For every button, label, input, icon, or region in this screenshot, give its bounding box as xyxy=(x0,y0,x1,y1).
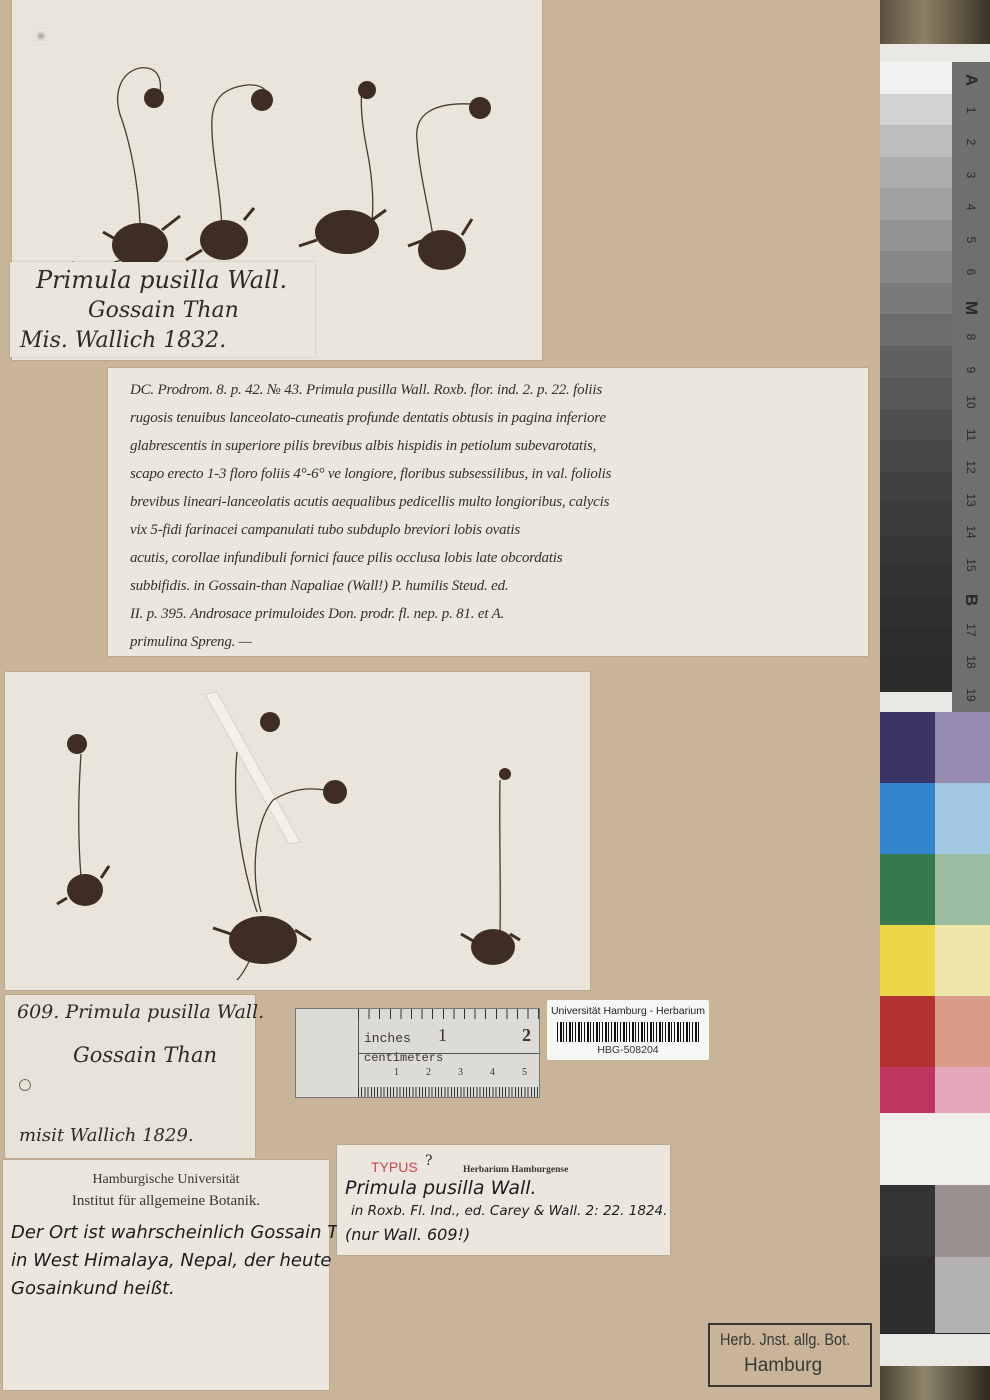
herbarium-name: Herbarium Hamburgense xyxy=(463,1165,568,1175)
gray-patch xyxy=(880,440,952,472)
description-line: vix 5-fidi farinacei campanulati tubo su… xyxy=(130,522,520,539)
gray-patch xyxy=(880,346,952,378)
label-collector: misit Wallich 1829. xyxy=(19,1125,194,1146)
gray-patch xyxy=(880,409,952,441)
ruler-cm-mark: 1 xyxy=(394,1067,399,1078)
ruler-cm-mark: 2 xyxy=(426,1067,431,1078)
stamp-line-1: Herb. Jnst. allg. Bot. xyxy=(720,1330,850,1350)
description-line: II. p. 395. Androsace primuloides Don. p… xyxy=(130,606,504,623)
stain-spot xyxy=(38,33,44,39)
gray-patch xyxy=(880,188,952,220)
ruler-inch-mark: 2 xyxy=(522,1025,531,1046)
color-swatch xyxy=(935,1113,990,1186)
color-swatch xyxy=(880,1257,936,1334)
color-swatch xyxy=(880,1113,936,1186)
label-taxon-name: 609. Primula pusilla Wall. xyxy=(17,1001,264,1023)
stamp-line-2: Hamburg xyxy=(744,1355,822,1377)
color-swatch xyxy=(935,783,990,855)
color-swatch xyxy=(935,925,990,997)
gray-patch xyxy=(880,314,952,346)
institute-note-line: Der Ort ist wahrscheinlich Gossain Than xyxy=(11,1222,372,1243)
gray-patch xyxy=(880,125,952,157)
color-calibration-card: A123456M89101112131415B171819 xyxy=(880,44,990,1366)
gray-patch xyxy=(880,598,952,630)
description-line: subbifidis. in Gossain-than Napaliae (Wa… xyxy=(130,578,508,595)
gray-patch xyxy=(880,472,952,504)
barcode-institution: Universität Hamburg - Herbarium xyxy=(547,1005,709,1017)
description-line: rugosis tenuibus lanceolato-cuneatis pro… xyxy=(130,410,606,427)
typus-query: ? xyxy=(425,1153,433,1169)
description-line: glabrescentis in superiore pilis brevibu… xyxy=(130,438,596,455)
type-determination-label: TYPUS ? Herbarium Hamburgense Primula pu… xyxy=(337,1145,670,1255)
scale-ruler: inches 1 2 centimeters 1 2 3 4 5 xyxy=(295,1008,540,1098)
gray-scale-label: 15 xyxy=(964,546,978,584)
type-taxon-name: Primula pusilla Wall. xyxy=(345,1177,537,1199)
gray-patch xyxy=(880,566,952,598)
lower-specimen-paper xyxy=(5,672,590,990)
color-swatch xyxy=(880,712,936,784)
pin-mark xyxy=(19,1079,31,1091)
sheet-background-edge-bottom xyxy=(880,1366,990,1400)
ruler-inch-mark: 1 xyxy=(438,1025,447,1046)
ruler-cm-mark: 5 xyxy=(522,1067,527,1078)
plant-specimens-lower xyxy=(5,672,590,990)
gray-patch xyxy=(880,661,952,693)
label-taxon-name: Primula pusilla Wall. xyxy=(36,266,287,294)
gray-patch xyxy=(880,251,952,283)
color-swatch xyxy=(880,1185,936,1258)
type-citation: in Roxb. Fl. Ind., ed. Carey & Wall. 2: … xyxy=(351,1203,667,1219)
color-swatch xyxy=(880,854,936,926)
barcode-label: Universität Hamburg - Herbarium HBG-5082… xyxy=(547,1000,709,1060)
ruler-cm-label: centimeters xyxy=(364,1051,443,1065)
sheet-background-edge-top xyxy=(880,0,990,44)
color-swatch xyxy=(935,1185,990,1258)
top-collector-label: Primula pusilla Wall. Gossain Than Mis. … xyxy=(10,262,315,357)
label-collector: Mis. Wallich 1832. xyxy=(20,328,226,353)
color-swatch xyxy=(935,996,990,1068)
description-line: scapo erecto 1-3 floro foliis 4°-6° ve l… xyxy=(130,466,611,483)
description-line: DC. Prodrom. 8. p. 42. № 43. Primula pus… xyxy=(130,382,602,399)
gray-patch xyxy=(880,157,952,189)
barcode-id: HBG-508204 xyxy=(547,1044,709,1056)
gray-patch xyxy=(880,94,952,126)
ruler-cm-mark: 4 xyxy=(490,1067,495,1078)
gray-patch xyxy=(880,535,952,567)
description-label: DC. Prodrom. 8. p. 42. № 43. Primula pus… xyxy=(108,368,868,656)
institute-header-university: Hamburgische Universität xyxy=(3,1172,329,1188)
color-swatch xyxy=(880,996,936,1068)
gray-patch xyxy=(880,220,952,252)
cm-ticks xyxy=(358,1087,539,1097)
gray-patch xyxy=(880,629,952,661)
color-swatch xyxy=(935,1067,990,1114)
color-swatch xyxy=(880,925,936,997)
label-locality: Gossain Than xyxy=(88,298,239,323)
ruler-cm-mark: 3 xyxy=(458,1067,463,1078)
ruler-inches-label: inches xyxy=(364,1031,411,1046)
type-note: (nur Wall. 609!) xyxy=(345,1225,470,1244)
herbarium-stamp: Herb. Jnst. allg. Bot. Hamburg xyxy=(708,1323,872,1387)
description-line: brevibus lineari-lanceolatis acutis aequ… xyxy=(130,494,609,511)
color-swatch xyxy=(935,854,990,926)
gray-patch xyxy=(880,62,952,94)
institute-note-line: in West Himalaya, Nepal, der heute xyxy=(11,1250,332,1271)
ruler-blank-area xyxy=(296,1009,359,1097)
typus-stamp: TYPUS xyxy=(371,1159,418,1175)
institute-note-line: Gosainkund heißt. xyxy=(11,1278,175,1299)
color-swatch xyxy=(880,1067,936,1114)
lower-collector-label: 609. Primula pusilla Wall. Gossain Than … xyxy=(5,995,255,1158)
gray-patch xyxy=(880,503,952,535)
gray-scale-label: 6 xyxy=(964,253,978,291)
description-line: primulina Spreng. — xyxy=(130,634,252,651)
gray-patch xyxy=(880,377,952,409)
color-swatch xyxy=(935,712,990,784)
institute-label: Hamburgische Universität Institut für al… xyxy=(3,1160,329,1390)
gray-patch xyxy=(880,283,952,315)
gray-scale-strip xyxy=(880,62,952,692)
gray-scale-labels: A123456M89101112131415B171819 xyxy=(952,62,990,712)
label-locality: Gossain Than xyxy=(73,1043,217,1067)
description-line: acutis, corollae infundibuli fornici fau… xyxy=(130,550,562,567)
institute-header-institute: Institut für allgemeine Botanik. xyxy=(3,1193,329,1210)
gray-scale-label: 19 xyxy=(964,676,978,714)
color-swatch xyxy=(880,783,936,855)
color-swatch xyxy=(935,1257,990,1334)
barcode xyxy=(557,1022,699,1042)
